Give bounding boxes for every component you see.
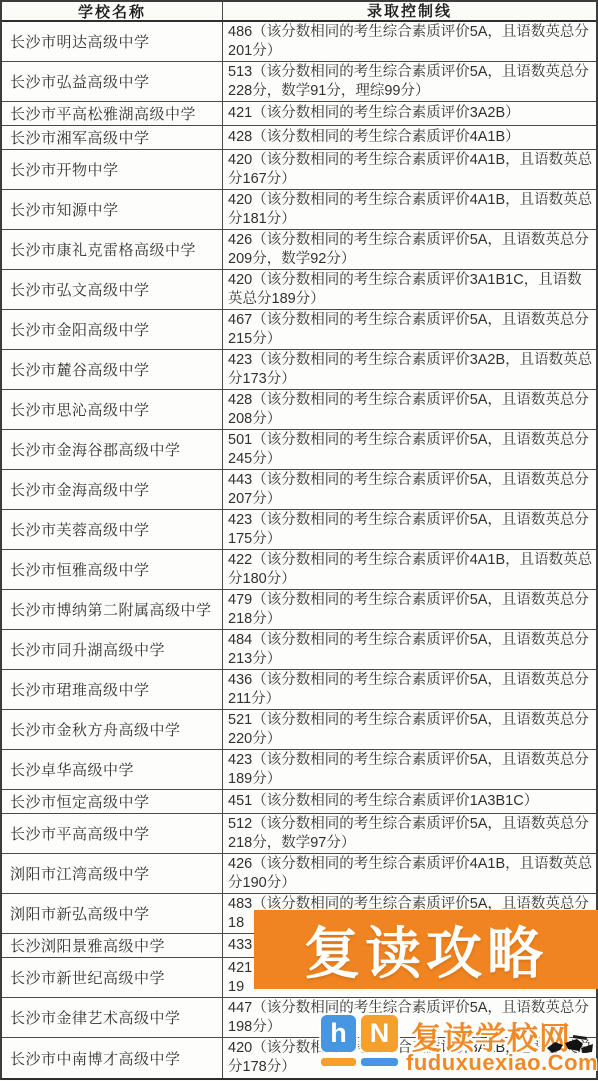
- table-row: 长沙市平高松雅湖高级中学421（该分数相同的考生综合素质评价3A2B）: [2, 102, 596, 126]
- school-name-cell: 长沙市明达高级中学: [2, 22, 223, 61]
- table-row: 长沙市弘文高级中学420（该分数相同的考生综合素质评价3A1B1C，且语数英总分…: [2, 270, 596, 310]
- admission-line-cell: 420（该分数相同的考生综合素质评价4A1B，且语数英总分181分）: [223, 190, 596, 229]
- admission-line-cell: 486（该分数相同的考生综合素质评价5A，且语数英总分201分）: [223, 22, 596, 61]
- table-row: 浏阳市江湾高级中学426（该分数相同的考生综合素质评价4A1B，且语数英总分19…: [2, 854, 596, 894]
- admission-line-cell: 451（该分数相同的考生综合素质评价1A3B1C）: [223, 790, 596, 813]
- admission-line-cell: 420（该分数相同的考生综合素质评价3A1B1C，且语数英总分189分）: [223, 270, 596, 309]
- table-header-row: 学校名称 录取控制线: [2, 2, 596, 22]
- table-row: 长沙市金海高级中学443（该分数相同的考生综合素质评价5A，且语数英总分207分…: [2, 470, 596, 510]
- table-row: 长沙市金阳高级中学467（该分数相同的考生综合素质评价5A，且语数英总分215分…: [2, 310, 596, 350]
- site-logo-n-square: N: [361, 1015, 398, 1052]
- school-name-cell: 长沙市金阳高级中学: [2, 310, 223, 349]
- school-name-cell: 长沙市平高高级中学: [2, 814, 223, 853]
- school-name-cell: 长沙市恒定高级中学: [2, 790, 223, 813]
- school-name-cell: 长沙市麓谷高级中学: [2, 350, 223, 389]
- table-row: 长沙市湘军高级中学428（该分数相同的考生综合素质评价4A1B）: [2, 126, 596, 150]
- school-name-cell: 长沙市博纳第二附属高级中学: [2, 590, 223, 629]
- school-name-cell: 长沙市金海谷郡高级中学: [2, 430, 223, 469]
- admission-line-cell: 443（该分数相同的考生综合素质评价5A，且语数英总分207分）: [223, 470, 596, 509]
- admission-line-cell: 421（该分数相同的考生综合素质评价3A2B）: [223, 102, 596, 125]
- school-name-cell: 长沙市金海高级中学: [2, 470, 223, 509]
- admission-line-cell: 467（该分数相同的考生综合素质评价5A，且语数英总分215分）: [223, 310, 596, 349]
- logo-underline-orange: [321, 1058, 356, 1066]
- site-logo-h-square: h: [321, 1015, 356, 1052]
- admission-line-cell: 484（该分数相同的考生综合素质评价5A，且语数英总分213分）: [223, 630, 596, 669]
- table-row: 长沙市金秋方舟高级中学521（该分数相同的考生综合素质评价5A，且语数英总分22…: [2, 710, 596, 750]
- admission-line-cell: 423（该分数相同的考生综合素质评价5A，且语数英总分189分）: [223, 750, 596, 789]
- school-name-cell: 长沙市同升湖高级中学: [2, 630, 223, 669]
- header-school-name: 学校名称: [2, 2, 223, 20]
- admission-line-cell: 428（该分数相同的考生综合素质评价4A1B）: [223, 126, 596, 149]
- scanned-admission-table-page: 学校名称 录取控制线 长沙市明达高级中学486（该分数相同的考生综合素质评价5A…: [0, 0, 598, 1081]
- admission-line-cell: 423（该分数相同的考生综合素质评价5A，且语数英总分175分）: [223, 510, 596, 549]
- admission-line-cell: 479（该分数相同的考生综合素质评价5A，且语数英总分218分）: [223, 590, 596, 629]
- school-name-cell: 长沙市芙蓉高级中学: [2, 510, 223, 549]
- watermark-banner: 复读攻略: [254, 910, 598, 989]
- table-row: 长沙市康礼克雷格高级中学426（该分数相同的考生综合素质评价5A，且语数英总分2…: [2, 230, 596, 270]
- school-name-cell: 浏阳市新弘高级中学: [2, 894, 223, 933]
- school-name-cell: 长沙市中南博才高级中学: [2, 1038, 223, 1078]
- logo-letter-n: N: [370, 1018, 390, 1049]
- table-row: 长沙市恒定高级中学451（该分数相同的考生综合素质评价1A3B1C）: [2, 790, 596, 814]
- school-name-cell: 长沙卓华高级中学: [2, 750, 223, 789]
- table-row: 长沙市明达高级中学486（该分数相同的考生综合素质评价5A，且语数英总分201分…: [2, 22, 596, 62]
- table-row: 长沙市平高高级中学512（该分数相同的考生综合素质评价5A，且语数英总分218分…: [2, 814, 596, 854]
- admission-line-cell: 428（该分数相同的考生综合素质评价5A，且语数英总分208分）: [223, 390, 596, 429]
- school-name-cell: 浏阳市江湾高级中学: [2, 854, 223, 893]
- table-row: 长沙市弘益高级中学513（该分数相同的考生综合素质评价5A，且语数英总分228分…: [2, 62, 596, 102]
- table-row: 长沙卓华高级中学423（该分数相同的考生综合素质评价5A，且语数英总分189分）: [2, 750, 596, 790]
- admission-line-cell: 426（该分数相同的考生综合素质评价5A，且语数英总分209分，数学92分）: [223, 230, 596, 269]
- table-row: 长沙市芙蓉高级中学423（该分数相同的考生综合素质评价5A，且语数英总分175分…: [2, 510, 596, 550]
- table-row: 长沙市恒雅高级中学422（该分数相同的考生综合素质评价4A1B，且语数英总分18…: [2, 550, 596, 590]
- admission-line-cell: 422（该分数相同的考生综合素质评价4A1B，且语数英总分180分）: [223, 550, 596, 589]
- watermark-banner-text: 复读攻略: [304, 910, 548, 990]
- admission-line-cell: 420（该分数相同的考生综合素质评价4A1B，且语数英总分167分）: [223, 150, 596, 189]
- school-name-cell: 长沙市平高松雅湖高级中学: [2, 102, 223, 125]
- admission-line-cell: 501（该分数相同的考生综合素质评价5A，且语数英总分245分）: [223, 430, 596, 469]
- school-name-cell: 长沙市思沁高级中学: [2, 390, 223, 429]
- admission-line-cell: 436（该分数相同的考生综合素质评价5A，且语数英总分211分）: [223, 670, 596, 709]
- school-name-cell: 长沙浏阳景雅高级中学: [2, 934, 223, 957]
- table-row: 长沙市同升湖高级中学484（该分数相同的考生综合素质评价5A，且语数英总分213…: [2, 630, 596, 670]
- school-name-cell: 长沙市知源中学: [2, 190, 223, 229]
- black-smudge-icon: [543, 1034, 595, 1058]
- table-row: 长沙市麓谷高级中学423（该分数相同的考生综合素质评价3A2B，且语数英总分17…: [2, 350, 596, 390]
- table-row: 长沙市博纳第二附属高级中学479（该分数相同的考生综合素质评价5A，且语数英总分…: [2, 590, 596, 630]
- school-name-cell: 长沙市开物中学: [2, 150, 223, 189]
- table-row: 长沙市珺琟高级中学436（该分数相同的考生综合素质评价5A，且语数英总分211分…: [2, 670, 596, 710]
- logo-letter-h: h: [330, 1018, 347, 1049]
- admission-line-cell: 423（该分数相同的考生综合素质评价3A2B，且语数英总分173分）: [223, 350, 596, 389]
- school-name-cell: 长沙市金秋方舟高级中学: [2, 710, 223, 749]
- school-name-cell: 长沙市弘文高级中学: [2, 270, 223, 309]
- school-name-cell: 长沙市新世纪高级中学: [2, 958, 223, 997]
- admission-line-cell: 512（该分数相同的考生综合素质评价5A，且语数英总分218分，数学97分）: [223, 814, 596, 853]
- admission-line-cell: 513（该分数相同的考生综合素质评价5A，且语数英总分228分，数学91分，理综…: [223, 62, 596, 101]
- admission-line-cell: 426（该分数相同的考生综合素质评价4A1B，且语数英总分190分）: [223, 854, 596, 893]
- admission-line-cell: 521（该分数相同的考生综合素质评价5A，且语数英总分220分）: [223, 710, 596, 749]
- table-row: 长沙市开物中学420（该分数相同的考生综合素质评价4A1B，且语数英总分167分…: [2, 150, 596, 190]
- school-name-cell: 长沙市康礼克雷格高级中学: [2, 230, 223, 269]
- table-row: 长沙市知源中学420（该分数相同的考生综合素质评价4A1B，且语数英总分181分…: [2, 190, 596, 230]
- school-name-cell: 长沙市珺琟高级中学: [2, 670, 223, 709]
- school-name-cell: 长沙市恒雅高级中学: [2, 550, 223, 589]
- header-admission-line: 录取控制线: [223, 2, 596, 20]
- school-name-cell: 长沙市弘益高级中学: [2, 62, 223, 101]
- table-row: 长沙市金海谷郡高级中学501（该分数相同的考生综合素质评价5A，且语数英总分24…: [2, 430, 596, 470]
- logo-underline-blue: [361, 1058, 398, 1066]
- school-name-cell: 长沙市湘军高级中学: [2, 126, 223, 149]
- table-row: 长沙市思沁高级中学428（该分数相同的考生综合素质评价5A，且语数英总分208分…: [2, 390, 596, 430]
- school-name-cell: 长沙市金律艺术高级中学: [2, 998, 223, 1037]
